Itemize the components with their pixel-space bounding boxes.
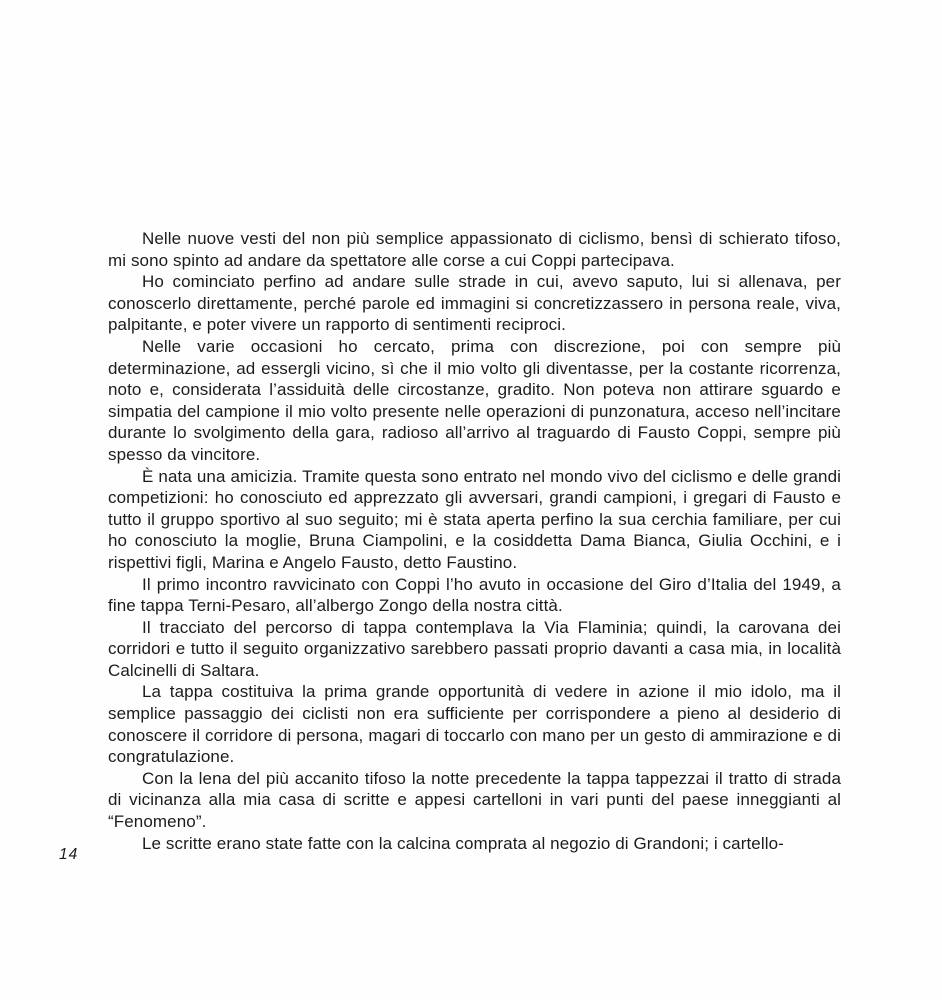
paragraph: È nata una amicizia. Tramite questa sono… [108, 466, 841, 574]
body-text: Nelle nuove vesti del non più semplice a… [108, 228, 841, 854]
paragraph: Le scritte erano state fatte con la calc… [108, 833, 841, 855]
paragraph: Il tracciato del percorso di tappa conte… [108, 617, 841, 682]
paragraph: Nelle nuove vesti del non più semplice a… [108, 228, 841, 271]
book-page: Nelle nuove vesti del non più semplice a… [0, 0, 942, 1000]
paragraph: Nelle varie occasioni ho cercato, prima … [108, 336, 841, 466]
page-number: 14 [59, 846, 78, 864]
paragraph: La tappa costituiva la prima grande oppo… [108, 681, 841, 767]
paragraph: Ho cominciato perfino ad andare sulle st… [108, 271, 841, 336]
paragraph: Il primo incontro ravvicinato con Coppi … [108, 574, 841, 617]
paragraph: Con la lena del più accanito tifoso la n… [108, 768, 841, 833]
